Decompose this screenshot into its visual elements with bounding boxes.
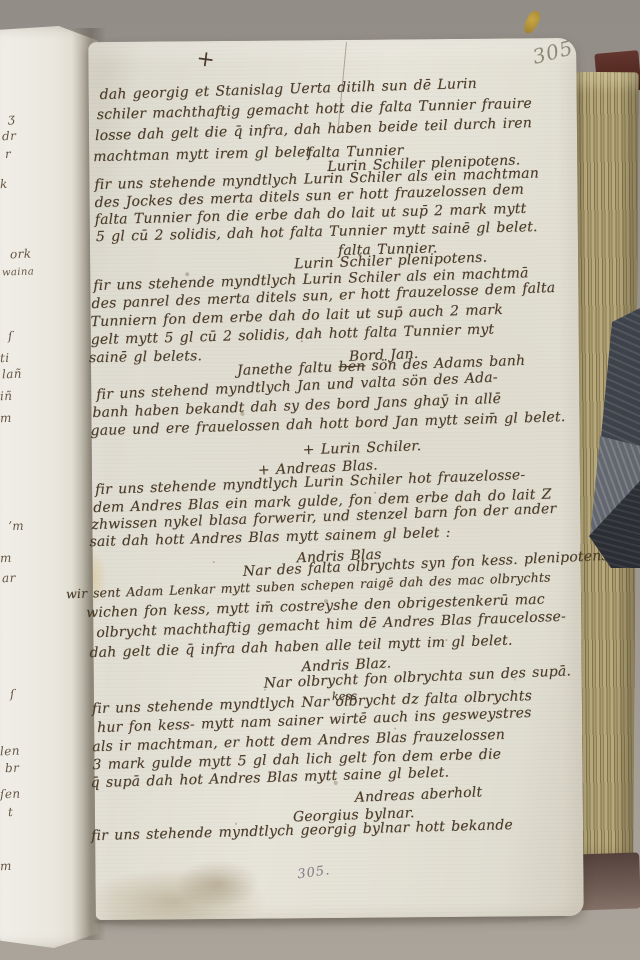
photo-scene: ʒ dr r k ork waina ſ ti lañ iñ m ʼm m ar…: [0, 0, 640, 960]
cloth-book-weight: [0, 0, 640, 960]
cloth-lower-fold: [0, 0, 640, 960]
cloth-upper-fold: [0, 0, 640, 960]
cloth-silver-fold: [0, 0, 640, 960]
